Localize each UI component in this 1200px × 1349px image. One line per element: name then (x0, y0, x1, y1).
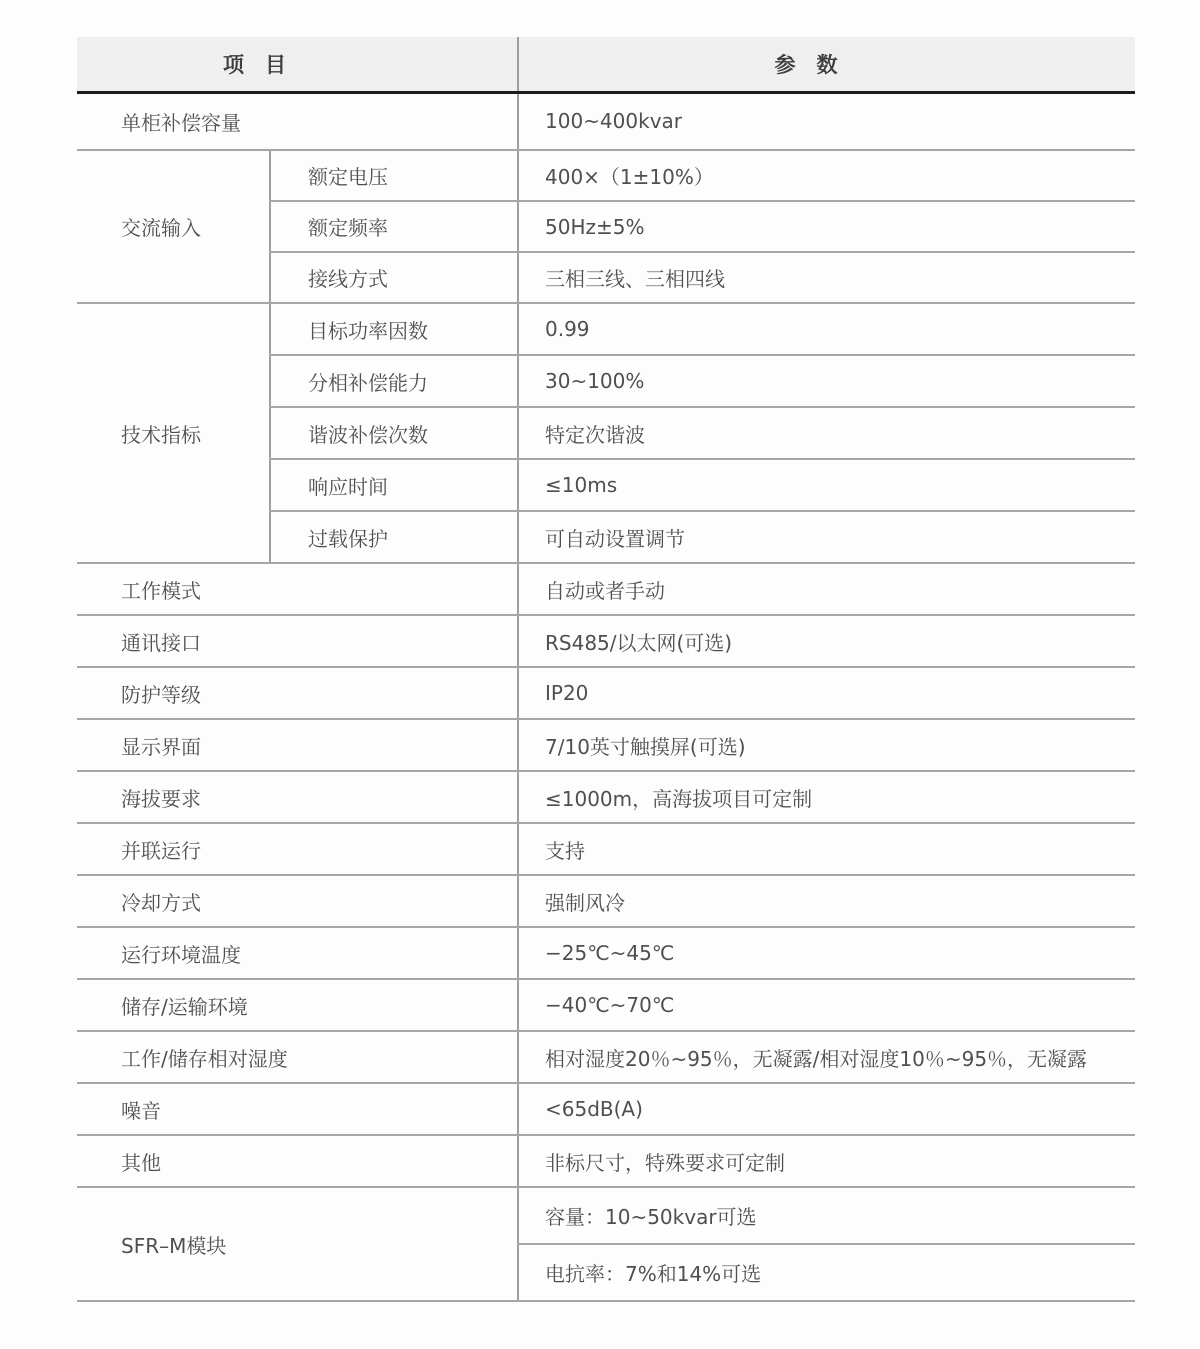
row-label: 海拔要求 (77, 771, 518, 823)
row-value: 0.99 (518, 303, 1135, 355)
row-label: 运行环境温度 (77, 927, 518, 979)
sub-label: 响应时间 (270, 459, 518, 511)
row-value: ≤1000m，高海拔项目可定制 (518, 771, 1135, 823)
row-value: 自动或者手动 (518, 563, 1135, 615)
row-label: 储存/运输环境 (77, 979, 518, 1031)
table-row: 技术指标 目标功率因数 0.99 (77, 303, 1135, 355)
group-label: SFR–M模块 (77, 1187, 518, 1301)
sub-label: 谐波补偿次数 (270, 407, 518, 459)
row-value: −40℃~70℃ (518, 979, 1135, 1031)
table-row: 工作/储存相对湿度 相对湿度20％~95％，无凝露/相对湿度10％~95％，无凝… (77, 1031, 1135, 1083)
row-value: 可自动设置调节 (518, 511, 1135, 563)
sub-label: 接线方式 (270, 252, 518, 303)
table-row: 显示界面 7/10英寸触摸屏(可选) (77, 719, 1135, 771)
table-row: 储存/运输环境 −40℃~70℃ (77, 979, 1135, 1031)
row-label: 冷却方式 (77, 875, 518, 927)
table-row: 防护等级 IP20 (77, 667, 1135, 719)
row-value: 100~400kvar (518, 92, 1135, 150)
sub-label: 额定频率 (270, 201, 518, 252)
row-label: 通讯接口 (77, 615, 518, 667)
row-label: 其他 (77, 1135, 518, 1187)
table-row: SFR–M模块 容量：10~50kvar可选 (77, 1187, 1135, 1244)
table-row: 海拔要求 ≤1000m，高海拔项目可定制 (77, 771, 1135, 823)
row-value: ≤10ms (518, 459, 1135, 511)
sub-label: 额定电压 (270, 150, 518, 201)
table-row: 通讯接口 RS485/以太网(可选) (77, 615, 1135, 667)
row-value: 非标尺寸，特殊要求可定制 (518, 1135, 1135, 1187)
row-value: RS485/以太网(可选) (518, 615, 1135, 667)
row-label: 工作模式 (77, 563, 518, 615)
row-value: 400×（1±10%） (518, 150, 1135, 201)
table-row: 并联运行 支持 (77, 823, 1135, 875)
group-label: 交流输入 (77, 150, 270, 303)
table-row: 工作模式 自动或者手动 (77, 563, 1135, 615)
row-label: 并联运行 (77, 823, 518, 875)
row-value: 30~100% (518, 355, 1135, 407)
row-label: 噪音 (77, 1083, 518, 1135)
row-label: 单柜补偿容量 (77, 92, 518, 150)
col-header-item: 项 目 (77, 37, 518, 92)
sub-label: 过载保护 (270, 511, 518, 563)
sub-label: 分相补偿能力 (270, 355, 518, 407)
row-value: 相对湿度20％~95％，无凝露/相对湿度10％~95％，无凝露 (518, 1031, 1135, 1083)
table-row: 交流输入 额定电压 400×（1±10%） (77, 150, 1135, 201)
row-value: 容量：10~50kvar可选 (518, 1187, 1135, 1244)
col-header-param: 参 数 (518, 37, 1135, 92)
group-label: 技术指标 (77, 303, 270, 563)
row-value: <65dB(A) (518, 1083, 1135, 1135)
spec-table: 项 目 参 数 单柜补偿容量 100~400kvar 交流输入 额定电压 400… (77, 37, 1135, 1302)
row-value: 50Hz±5% (518, 201, 1135, 252)
row-value: IP20 (518, 667, 1135, 719)
row-label: 工作/储存相对湿度 (77, 1031, 518, 1083)
table-row: 运行环境温度 −25℃~45℃ (77, 927, 1135, 979)
row-label: 显示界面 (77, 719, 518, 771)
row-label: 防护等级 (77, 667, 518, 719)
table-row: 其他 非标尺寸，特殊要求可定制 (77, 1135, 1135, 1187)
table-row: 冷却方式 强制风冷 (77, 875, 1135, 927)
row-value: 电抗率：7%和14%可选 (518, 1244, 1135, 1301)
row-value: 7/10英寸触摸屏(可选) (518, 719, 1135, 771)
table-header-row: 项 目 参 数 (77, 37, 1135, 92)
sub-label: 目标功率因数 (270, 303, 518, 355)
row-value: 强制风冷 (518, 875, 1135, 927)
spec-sheet-page: 项 目 参 数 单柜补偿容量 100~400kvar 交流输入 额定电压 400… (0, 0, 1200, 1349)
row-value: 三相三线、三相四线 (518, 252, 1135, 303)
row-value: 支持 (518, 823, 1135, 875)
row-value: −25℃~45℃ (518, 927, 1135, 979)
table-row: 单柜补偿容量 100~400kvar (77, 92, 1135, 150)
row-value: 特定次谐波 (518, 407, 1135, 459)
table-row: 噪音 <65dB(A) (77, 1083, 1135, 1135)
